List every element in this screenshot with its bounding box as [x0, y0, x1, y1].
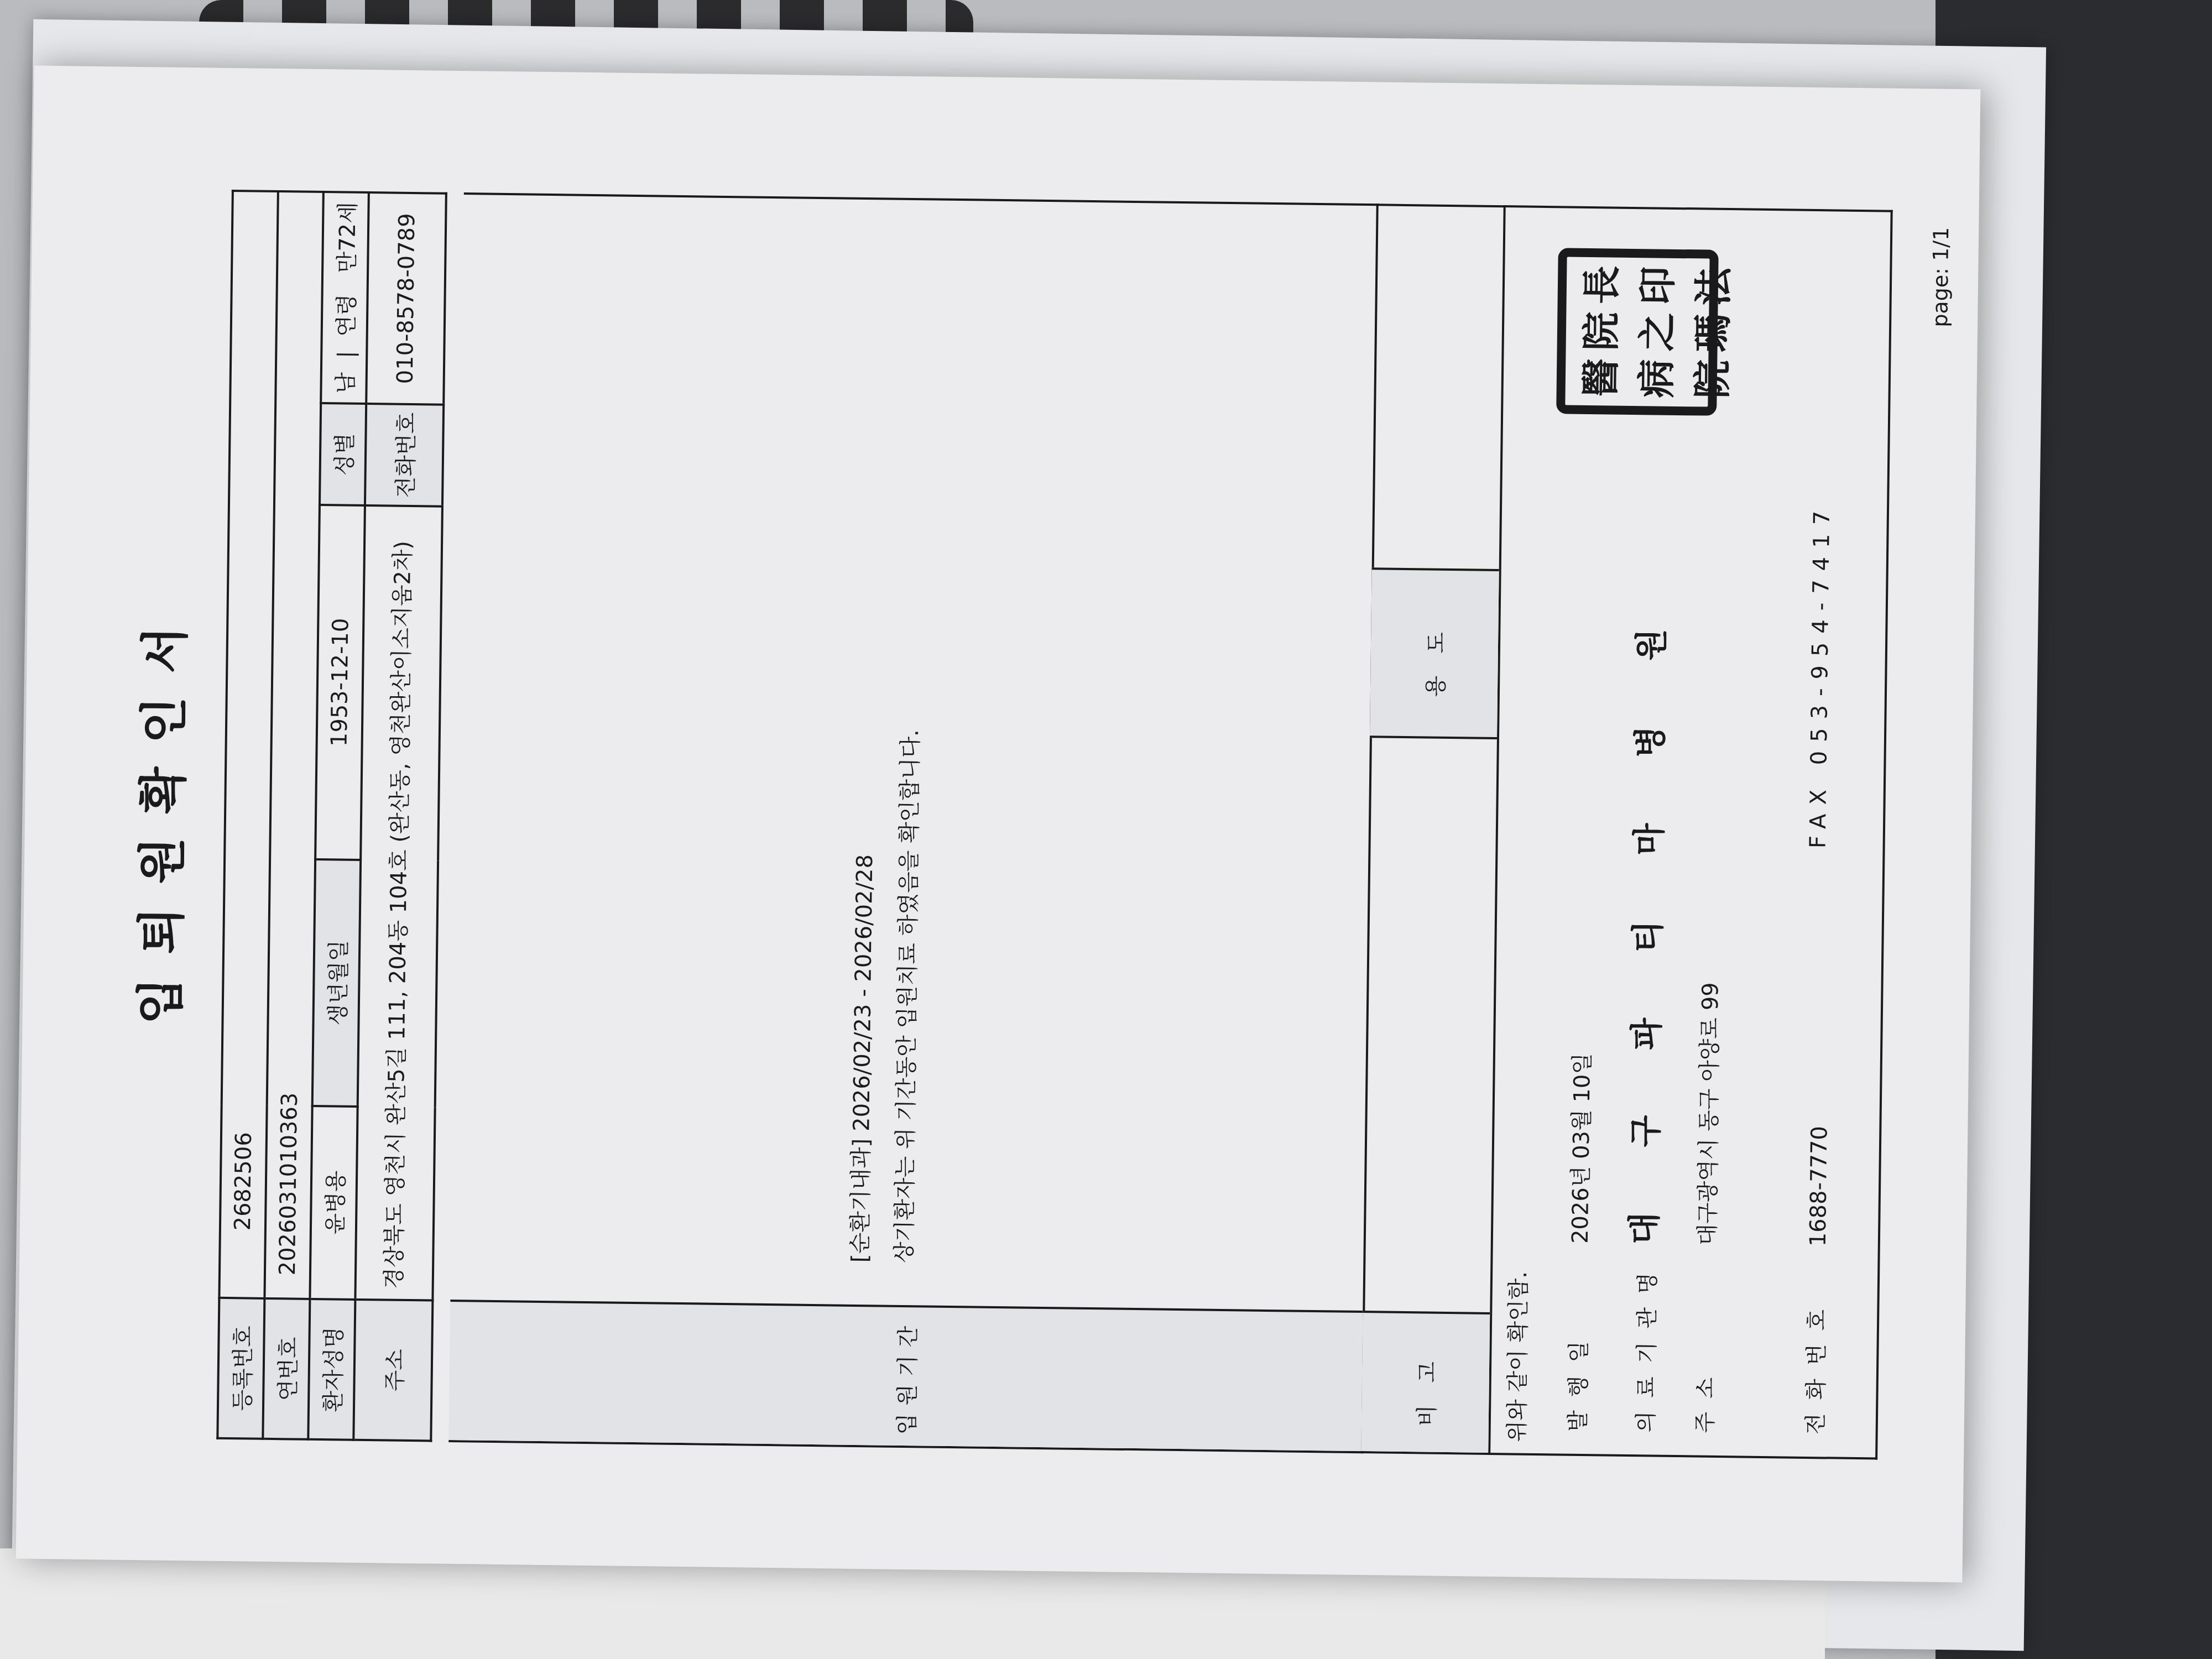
institution-address-value: 대구광역시 동구 아양로 99: [1690, 982, 1725, 1245]
institution-phone-label: 전화번호: [1798, 1246, 1832, 1435]
remarks-label: 비고: [1361, 1311, 1490, 1453]
use-label: 용도: [1370, 567, 1499, 739]
sex-label: 성별: [320, 403, 366, 505]
seal-glyph: 印: [1626, 262, 1683, 309]
phone-label: 전화번호: [365, 404, 444, 507]
issue-date-row: 발행일 2026년 03월 10일: [1561, 1053, 1597, 1432]
patient-info-table: 등록번호 2682506 연번호 2026031010363 환자성명 윤병용 …: [216, 190, 447, 1442]
patient-name-label: 환자성명: [308, 1299, 355, 1440]
admission-period-value: [순환기내과] 2026/02/23 - 2026/02/28: [838, 729, 889, 1263]
sex-age-cell: 남 | 연령 만72세: [321, 192, 369, 404]
institution-address-row: 주소 대구광역시 동구 아양로 99: [1688, 982, 1725, 1433]
document-title: 입퇴원확인서: [117, 189, 202, 1439]
fax-value: 053-954-7417: [1806, 502, 1835, 765]
page-number: page: 1/1: [1928, 227, 1953, 327]
institution-row: 의료기관명 대구파티마병원: [1616, 563, 1674, 1433]
issuance-section: 위와 같이 확인함. 발행일 2026년 03월 10일 의료기관명 대구파티마…: [1488, 205, 1893, 1459]
seal-glyph: 之: [1626, 309, 1682, 356]
address-value: 경상북도 영천시 완산5길 111, 204동 104호 (완산동, 영천완산이…: [355, 505, 442, 1300]
issue-date-value: 2026년 03월 10일: [1563, 1053, 1597, 1244]
official-seal-icon: 醫 院 長 病 之 印 院 瑪 法: [1556, 248, 1719, 416]
sex-value: 남: [333, 372, 358, 394]
institution-address-label: 주소: [1688, 1245, 1721, 1433]
birth-label: 생년월일: [312, 859, 361, 1107]
fax-label: FAX: [1806, 781, 1832, 849]
seal-glyph: 長: [1571, 262, 1627, 309]
institution-label: 의료기관명: [1629, 1244, 1662, 1433]
seal-glyph: 法: [1682, 263, 1739, 310]
patient-name-value: 윤병용: [310, 1105, 357, 1299]
fax-row: FAX 053-954-7417: [1806, 502, 1835, 849]
phone-value: 010-8578-0789: [366, 192, 446, 405]
institution-phone-row: 전화번호 1688-7770: [1798, 1126, 1834, 1435]
birth-value: 1953-12-10: [315, 505, 365, 859]
admission-period-body: [순환기내과] 2026/02/23 - 2026/02/28 상기환자는 위 …: [838, 729, 933, 1264]
seal-glyph: 病: [1625, 355, 1682, 402]
address-label: 주소: [353, 1300, 432, 1441]
registration-no-label: 등록번호: [217, 1298, 264, 1439]
serial-no-label: 연번호: [263, 1298, 310, 1439]
institution-phone-value: 1688-7770: [1806, 1126, 1833, 1247]
seal-glyph: 院: [1681, 356, 1738, 403]
seal-glyph: 院: [1570, 308, 1626, 355]
admission-discharge-certificate: 입퇴원확인서 등록번호 2682506 연번호 2026031010363 환자…: [16, 66, 1981, 1583]
institution-name: 대구파티마병원: [1618, 563, 1674, 1245]
age-label: 연령: [333, 294, 359, 337]
issue-date-label: 발행일: [1561, 1244, 1594, 1432]
admission-period-label: 입원기간: [448, 1300, 1363, 1451]
confirm-text: 위와 같이 확인함.: [1499, 1271, 1533, 1442]
admission-statement: 상기환자는 위 기간동안 입원치료 하였음을 확인합니다.: [882, 729, 933, 1264]
age-value: 만72세: [335, 202, 361, 273]
admission-period-section: 입원기간 [순환기내과] 2026/02/23 - 2026/02/28 상기환…: [448, 192, 1378, 1453]
seal-glyph: 醫: [1569, 354, 1626, 401]
seal-glyph: 瑪: [1682, 309, 1738, 356]
remarks-row: 비고 용도: [1361, 204, 1506, 1455]
